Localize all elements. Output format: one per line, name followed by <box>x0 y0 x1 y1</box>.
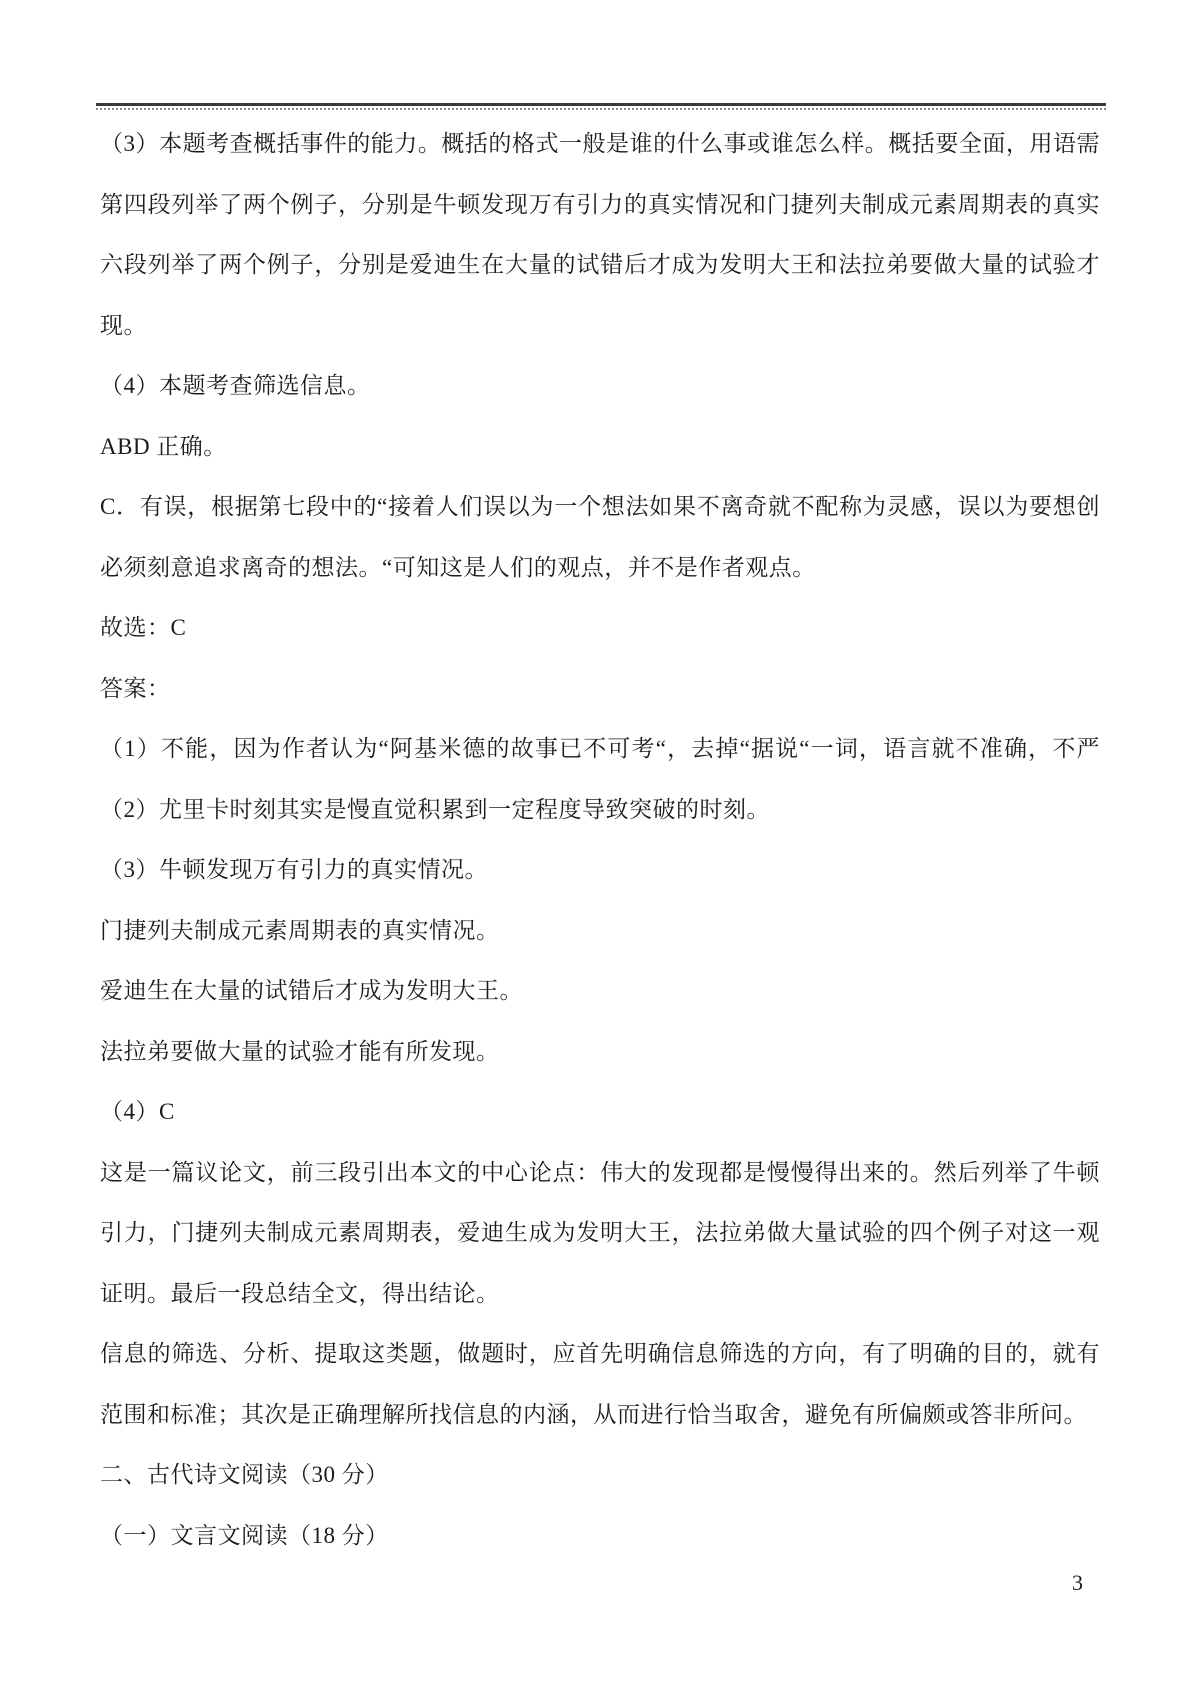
text-line: 这是一篇议论文，前三段引出本文的中心论点：伟大的发现都是慢慢得出来的。然后列举了… <box>100 1143 1100 1204</box>
text-line: 范围和标准；其次是正确理解所找信息的内涵，从而进行恰当取舍，避免有所偏颇或答非所… <box>100 1385 1100 1446</box>
text-line: 法拉弟要做大量的试验才能有所发现。 <box>100 1022 1100 1083</box>
text-line: 现。 <box>100 296 1100 357</box>
text-line: 引力，门捷列夫制成元素周期表，爱迪生成为发明大王，法拉弟做大量试验的四个例子对这… <box>100 1203 1100 1264</box>
text-line: 二、古代诗文阅读（30 分） <box>100 1445 1100 1506</box>
text-line: 必须刻意追求离奇的想法。“可知这是人们的观点，并不是作者观点。 <box>100 538 1100 599</box>
text-line: 爱迪生在大量的试错后才成为发明大王。 <box>100 961 1100 1022</box>
text-line: 证明。最后一段总结全文，得出结论。 <box>100 1264 1100 1325</box>
text-line: （4）本题考查筛选信息。 <box>100 356 1100 417</box>
header-rule <box>96 103 1106 110</box>
document-page: （3）本题考查概括事件的能力。概括的格式一般是谁的什么事或谁怎么样。概括要全面，… <box>0 0 1200 1698</box>
document-body: （3）本题考查概括事件的能力。概括的格式一般是谁的什么事或谁怎么样。概括要全面，… <box>100 114 1100 1566</box>
text-line: 故选：C <box>100 598 1100 659</box>
text-line: 第四段列举了两个例子，分别是牛顿发现万有引力的真实情况和门捷列夫制成元素周期表的… <box>100 175 1100 236</box>
text-line: （1）不能，因为作者认为“阿基米德的故事已不可考“，去掉“据说“一词，语言就不准… <box>100 719 1100 780</box>
text-line: 六段列举了两个例子，分别是爱迪生在大量的试错后才成为发明大王和法拉弟要做大量的试… <box>100 235 1100 296</box>
text-line: （4）C <box>100 1082 1100 1143</box>
text-line: （3）牛顿发现万有引力的真实情况。 <box>100 840 1100 901</box>
text-line: （3）本题考查概括事件的能力。概括的格式一般是谁的什么事或谁怎么样。概括要全面，… <box>100 114 1100 175</box>
text-line: （一）文言文阅读（18 分） <box>100 1506 1100 1567</box>
text-line: ABD 正确。 <box>100 417 1100 478</box>
page-number: 3 <box>1072 1570 1083 1596</box>
text-line: （2）尤里卡时刻其实是慢直觉积累到一定程度导致突破的时刻。 <box>100 780 1100 841</box>
text-line: 答案： <box>100 659 1100 720</box>
text-line: 信息的筛选、分析、提取这类题，做题时，应首先明确信息筛选的方向，有了明确的目的，… <box>100 1324 1100 1385</box>
text-line: 门捷列夫制成元素周期表的真实情况。 <box>100 901 1100 962</box>
text-line: C．有误，根据第七段中的“接着人们误以为一个想法如果不离奇就不配称为灵感，误以为… <box>100 477 1100 538</box>
